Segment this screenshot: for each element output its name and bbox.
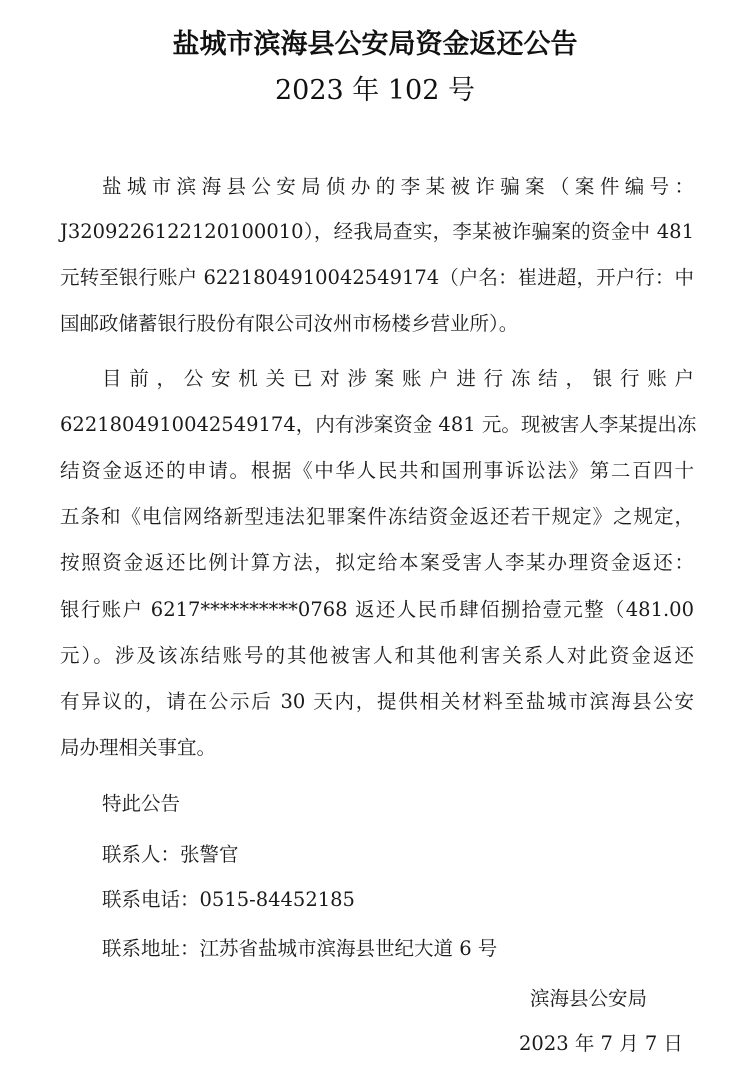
paragraph-line: 6221804910042549174，内有涉案资金 481 元。现被害人李某提… <box>60 411 694 439</box>
paragraph-line: 盐城市滨海县公安局侦办的李某被诈骗案（案件编号： <box>102 173 694 201</box>
issuing-authority: 滨海县公安局 <box>530 985 647 1013</box>
issue-date: 2023 年 7 月 7 日 <box>519 1030 683 1058</box>
paragraph-line: 有异议的，请在公示后 30 天内，提供相关材料至盐城市滨海县公安 <box>60 688 694 716</box>
paragraph-line: 元）。涉及该冻结账号的其他被害人和其他利害关系人对此资金返还 <box>60 642 694 670</box>
paragraph-line: 目前，公安机关已对涉案账户进行冻结，银行账户 <box>102 365 694 393</box>
paragraph-line: 银行账户 6217**********0768 返还人民币肆佰捌拾壹元整（481… <box>60 596 694 624</box>
paragraph-line: 国邮政储蓄银行股份有限公司汝州市杨楼乡营业所）。 <box>60 310 694 338</box>
document-number: 2023 年 102 号 <box>0 73 750 109</box>
paragraph-line: 结资金返还的申请。根据《中华人民共和国刑事诉讼法》第二百四十 <box>60 457 694 485</box>
paragraph-line: 五条和《电信网络新型违法犯罪案件冻结资金返还若干规定》之规定， <box>60 503 694 531</box>
paragraph-line: 元转至银行账户 6221804910042549174（户名：崔进超，开户行：中 <box>60 264 694 292</box>
paragraph-line: 局办理相关事宜。 <box>60 734 694 762</box>
contact-person: 联系人：张警官 <box>102 841 694 869</box>
contact-phone: 联系电话：0515-84452185 <box>102 886 694 914</box>
closing-statement: 特此公告 <box>102 790 694 818</box>
paragraph-line: J3209226122120100010），经我局查实，李某被诈骗案的资金中 4… <box>60 218 694 246</box>
paragraph-line: 按照资金返还比例计算方法，拟定给本案受害人李某办理资金返还： <box>60 549 694 577</box>
contact-address: 联系地址：江苏省盐城市滨海县世纪大道 6 号 <box>102 935 694 963</box>
document-title: 盐城市滨海县公安局资金返还公告 <box>0 27 750 63</box>
